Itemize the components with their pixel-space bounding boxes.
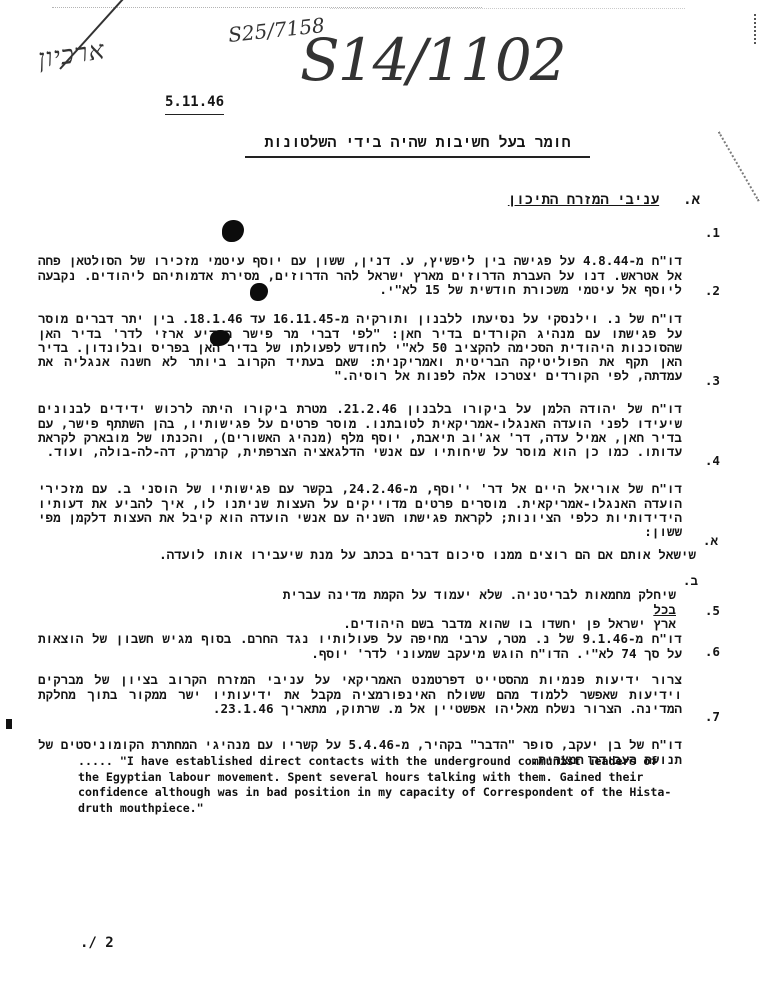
sub-item-text: שיחלק מחמאות לבריטניה. שלא יעמוד על הקמת… xyxy=(283,587,676,602)
item-number: 3. xyxy=(705,374,720,388)
scanned-document-page: ארכיון S25/7158 S14/1102 5.11.46 חומר בע… xyxy=(0,0,768,994)
document-date: 5.11.46 xyxy=(165,94,224,115)
item-number: 6. xyxy=(705,645,720,659)
sub-item-letter: א. xyxy=(703,534,718,548)
section-title: עניבי המזרח התיכון xyxy=(508,192,659,209)
sub-item-a: א. שישאל אותם אם הם רוצים ממנו סיכום דבר… xyxy=(126,520,718,563)
margin-mark xyxy=(6,719,12,729)
item-number: 1. xyxy=(705,226,720,240)
item-text: דו"ח של יהודה הלמן על ביקורו בלבנון 21.2… xyxy=(38,402,718,459)
scan-noise xyxy=(330,8,685,13)
item-text: דו"ח של נ. וילנסקי על נסיעתו ללבנון ותור… xyxy=(38,312,718,383)
sub-item-letter: ב. xyxy=(683,574,718,588)
page-continuation-marker: ./ 2 xyxy=(80,935,114,951)
item-number: 7. xyxy=(705,710,720,724)
item-number: 2. xyxy=(705,284,720,298)
section-letter: א. xyxy=(683,192,700,209)
english-quote: ..... "I have established direct contact… xyxy=(78,754,718,816)
item-number: 4. xyxy=(705,454,720,468)
section-heading: א. עניבי המזרח התיכון xyxy=(508,192,700,209)
scan-noise xyxy=(718,118,768,201)
handwritten-file-number: S14/1102 xyxy=(300,26,565,94)
document-title: חומר בעל חשיבות שהיה בידי השלטונות xyxy=(245,133,590,158)
scan-noise xyxy=(754,14,758,44)
item-number: 5. xyxy=(705,604,720,618)
